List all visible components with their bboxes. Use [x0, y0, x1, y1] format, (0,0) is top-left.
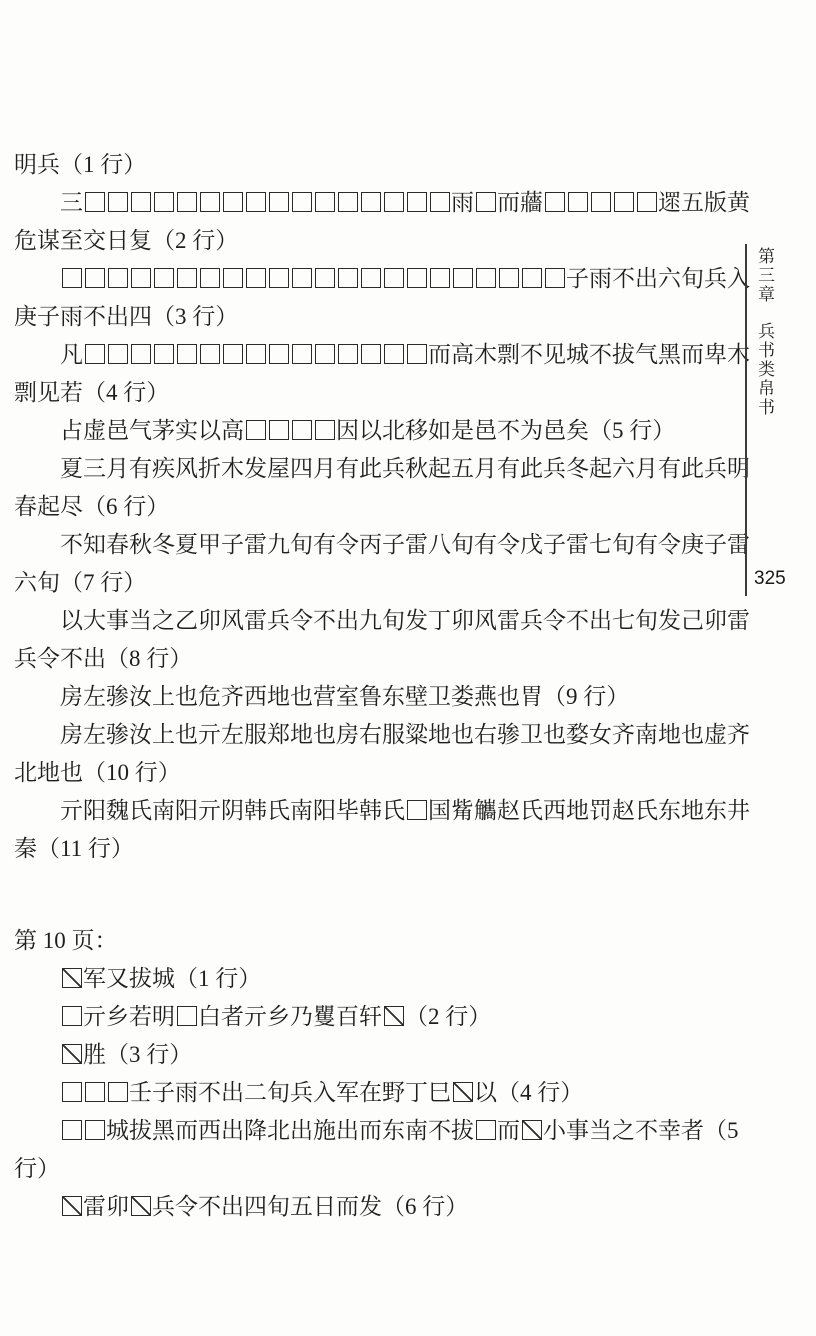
missing-char-box: [223, 192, 243, 212]
missing-char-box: [407, 344, 427, 364]
transcription-line: 房左骖汝上也亓左服郑地也房右服粱地也右骖卫也婺女齐南地也虚齐北地也（10 行）: [14, 716, 750, 792]
missing-char-box: [407, 268, 427, 288]
missing-char-box: [476, 268, 496, 288]
missing-char-box: [177, 344, 197, 364]
transcription-line: 亓阳魏氏南阳亓阴韩氏南阳毕韩氏国觜觿赵氏西地罚赵氏东地东井秦（11 行）: [14, 792, 750, 868]
missing-char-box: [131, 268, 151, 288]
missing-char-box: [384, 192, 404, 212]
missing-char-box: [154, 268, 174, 288]
missing-char-box: [85, 1082, 105, 1102]
missing-char-box: [338, 192, 358, 212]
transcription-line: 明兵（1 行）: [14, 146, 750, 184]
damaged-char-box: [131, 1196, 151, 1216]
missing-char-box: [108, 192, 128, 212]
transcription-line: 房左骖汝上也危齐西地也营室鲁东壁卫娄燕也胃（9 行）: [14, 678, 750, 716]
missing-char-box: [591, 192, 611, 212]
missing-char-box: [292, 192, 312, 212]
transcription-line: 亓乡若明白者亓乡乃矍百轩（2 行）: [14, 998, 750, 1036]
transcription-text-block: 明兵（1 行） 三雨而蘠遝五版黄危谋至交日复（2 行） 子雨不出六旬兵入庚子雨不…: [14, 146, 750, 1226]
missing-char-box: [154, 344, 174, 364]
missing-char-box: [361, 344, 381, 364]
missing-char-box: [568, 192, 588, 212]
transcription-line: 雷卯兵令不出四旬五日而发（6 行）: [14, 1188, 750, 1226]
missing-char-box: [499, 268, 519, 288]
missing-char-box: [269, 192, 289, 212]
page-number: 325: [754, 568, 786, 590]
missing-char-box: [177, 1006, 197, 1026]
missing-char-box: [246, 344, 266, 364]
missing-char-box: [131, 192, 151, 212]
missing-char-box: [269, 344, 289, 364]
missing-char-box: [476, 1120, 496, 1140]
missing-char-box: [154, 192, 174, 212]
transcription-line: 城拔黑而西出降北出施出而东南不拔而小事当之不幸者（5 行）: [14, 1112, 750, 1188]
missing-char-box: [108, 268, 128, 288]
missing-char-box: [407, 800, 427, 820]
missing-char-box: [453, 268, 473, 288]
missing-char-box: [476, 192, 496, 212]
damaged-char-box: [453, 1082, 473, 1102]
damaged-char-box: [522, 1120, 542, 1140]
transcription-line: 占虚邑气茅实以高因以北移如是邑不为邑矣（5 行）: [14, 412, 750, 450]
missing-char-box: [430, 268, 450, 288]
missing-char-box: [269, 268, 289, 288]
missing-char-box: [614, 192, 634, 212]
missing-char-box: [246, 420, 266, 440]
missing-char-box: [315, 420, 335, 440]
missing-char-box: [62, 268, 82, 288]
missing-char-box: [384, 268, 404, 288]
damaged-char-box: [62, 968, 82, 988]
missing-char-box: [200, 344, 220, 364]
transcription-line: 不知春秋冬夏甲子雷九旬有令丙子雷八旬有令戊子雷七旬有令庚子雷六旬（7 行）: [14, 526, 750, 602]
transcription-section-2: 军又拔城（1 行） 亓乡若明白者亓乡乃矍百轩（2 行） 胜（3 行） 壬子雨不出…: [14, 960, 750, 1226]
damaged-char-box: [384, 1006, 404, 1026]
missing-char-box: [131, 344, 151, 364]
missing-char-box: [246, 192, 266, 212]
missing-char-box: [62, 1006, 82, 1026]
missing-char-box: [85, 1120, 105, 1140]
missing-char-box: [85, 268, 105, 288]
missing-char-box: [269, 420, 289, 440]
missing-char-box: [108, 344, 128, 364]
missing-char-box: [292, 420, 312, 440]
missing-char-box: [522, 268, 542, 288]
transcription-line: 夏三月有疾风折木发屋四月有此兵秋起五月有此兵冬起六月有此兵明春起尽（6 行）: [14, 450, 750, 526]
missing-char-box: [361, 268, 381, 288]
missing-char-box: [223, 344, 243, 364]
transcription-line: 三雨而蘠遝五版黄危谋至交日复（2 行）: [14, 184, 750, 260]
missing-char-box: [108, 1082, 128, 1102]
missing-char-box: [62, 1082, 82, 1102]
transcription-line: 胜（3 行）: [14, 1036, 750, 1074]
transcription-line: 子雨不出六旬兵入庚子雨不出四（3 行）: [14, 260, 750, 336]
missing-char-box: [85, 192, 105, 212]
missing-char-box: [85, 344, 105, 364]
missing-char-box: [315, 268, 335, 288]
missing-char-box: [246, 268, 266, 288]
missing-char-box: [338, 344, 358, 364]
transcription-line: 壬子雨不出二旬兵入军在野丁巳以（4 行）: [14, 1074, 750, 1112]
missing-char-box: [292, 344, 312, 364]
missing-char-box: [292, 268, 312, 288]
missing-char-box: [315, 344, 335, 364]
damaged-char-box: [62, 1044, 82, 1064]
damaged-char-box: [62, 1196, 82, 1216]
missing-char-box: [200, 192, 220, 212]
missing-char-box: [223, 268, 243, 288]
missing-char-box: [338, 268, 358, 288]
section-heading: 第 10 页：: [14, 922, 750, 960]
missing-char-box: [430, 192, 450, 212]
transcription-line: 以大事当之乙卯风雷兵令不出九旬发丁卯风雷兵令不出七旬发己卯雷兵令不出（8 行）: [14, 602, 750, 678]
missing-char-box: [384, 344, 404, 364]
missing-char-box: [177, 192, 197, 212]
chapter-label: 第三章: [752, 247, 777, 304]
margin-rule: [745, 244, 747, 596]
transcription-line: 凡而高木剽不见城不拔气黑而卑木剽见若（4 行）: [14, 336, 750, 412]
transcription-section-1: 明兵（1 行） 三雨而蘠遝五版黄危谋至交日复（2 行） 子雨不出六旬兵入庚子雨不…: [14, 146, 750, 868]
missing-char-box: [200, 268, 220, 288]
missing-char-box: [315, 192, 335, 212]
missing-char-box: [407, 192, 427, 212]
category-label: 兵书类帛书: [752, 322, 777, 417]
missing-char-box: [62, 1120, 82, 1140]
missing-char-box: [177, 268, 197, 288]
missing-char-box: [545, 192, 565, 212]
transcription-line: 军又拔城（1 行）: [14, 960, 750, 998]
missing-char-box: [361, 192, 381, 212]
missing-char-box: [637, 192, 657, 212]
missing-char-box: [545, 268, 565, 288]
